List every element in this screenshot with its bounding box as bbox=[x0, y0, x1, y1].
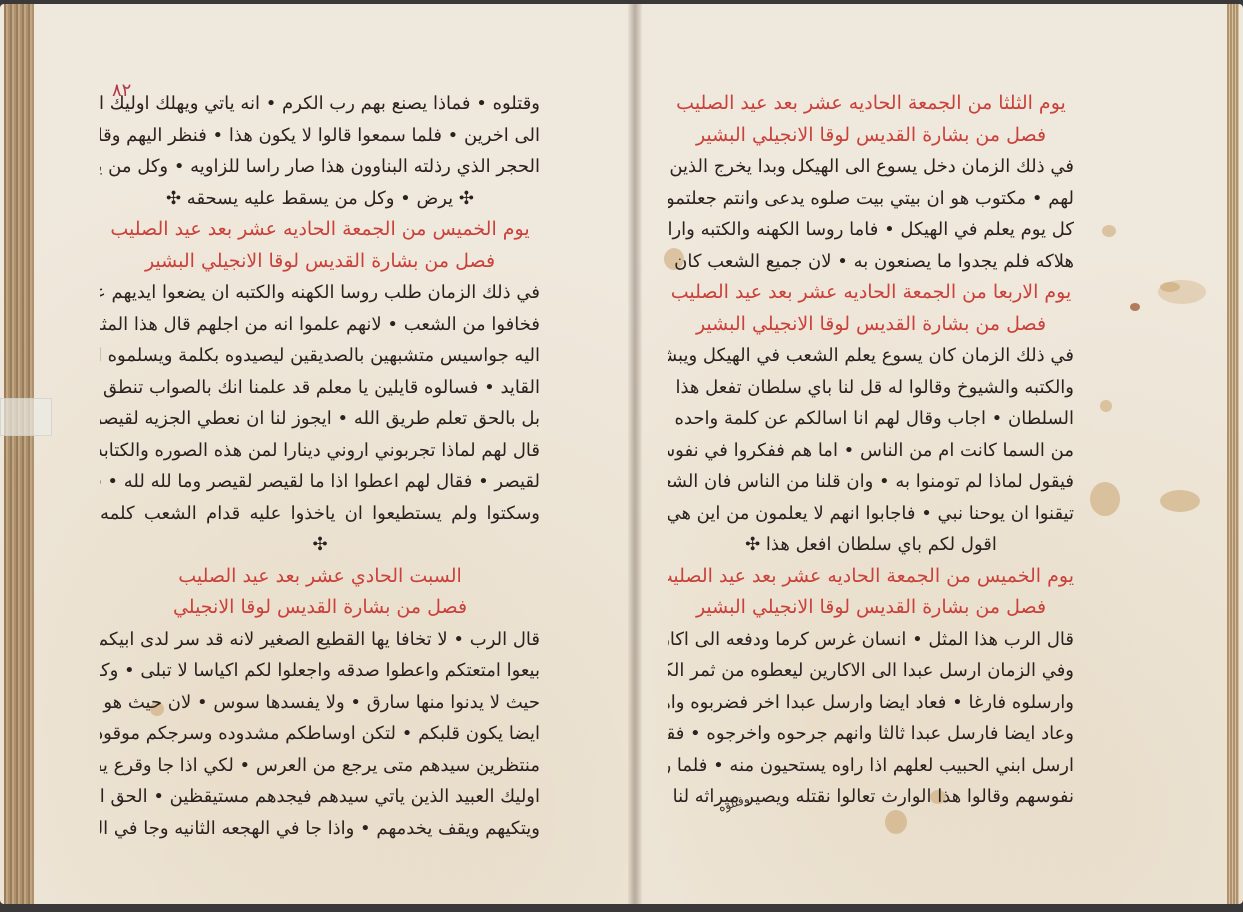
rubric-heading: يوم الخميس من الجمعة الحاديه عشر بعد عيد… bbox=[100, 214, 540, 246]
text-line: الى اخرين • فلما سمعوا قالوا لا يكون هذا… bbox=[100, 120, 540, 152]
open-manuscript: ٨٢ وقتلوه وقتلوه • فماذا يصنع بهم رب الك… bbox=[0, 0, 1243, 912]
stain bbox=[885, 810, 907, 834]
rubric-heading: يوم الثلثا من الجمعة الحاديه عشر بعد عيد… bbox=[668, 88, 1074, 120]
stain bbox=[1090, 482, 1120, 516]
text-line: كل يوم يعلم في الهيكل • فاما روسا الكهنه… bbox=[668, 214, 1074, 246]
text-line: اوليك العبيد الذين ياتي سيدهم فيجدهم مست… bbox=[100, 781, 540, 813]
text-line: ارسل ابني الحبيب لعلهم اذا راوه يستحيون … bbox=[668, 750, 1074, 782]
text-line: وقتلوه • فماذا يصنع بهم رب الكرم • انه ي… bbox=[100, 88, 540, 120]
text-line: لقيصر • فقال لهم اعطوا اذا ما لقيصر لقيص… bbox=[100, 466, 540, 498]
text-line: حيث لا يدنوا منها سارق • ولا يفسدها سوس … bbox=[100, 687, 540, 719]
stain bbox=[1160, 490, 1200, 512]
text-line: ايضا يكون قلبكم • لتكن اوساطكم مشدوده وس… bbox=[100, 718, 540, 750]
text-line: السلطان • اجاب وقال لهم انا اسالكم عن كل… bbox=[668, 403, 1074, 435]
text-line: فخافوا من الشعب • لانهم علموا انه من اجل… bbox=[100, 309, 540, 341]
text-line: فيقول لماذا لم تومنوا به • وان قلنا من ا… bbox=[668, 466, 1074, 498]
text-line: بل بالحق تعلم طريق الله • ايجوز لنا ان ن… bbox=[100, 403, 540, 435]
stain bbox=[1158, 280, 1206, 304]
left-page-text: وقتلوه • فماذا يصنع بهم رب الكرم • انه ي… bbox=[100, 88, 540, 844]
text-line: في ذلك الزمان طلب روسا الكهنه والكتبه ان… bbox=[100, 277, 540, 309]
rubric-heading: فصل من بشارة القديس لوقا الانجيلي البشير bbox=[668, 592, 1074, 624]
text-line: تيقنوا ان يوحنا نبي • فاجابوا انهم لا يع… bbox=[668, 498, 1074, 530]
left-page-edges bbox=[4, 4, 34, 904]
text-line: اقول لكم باي سلطان افعل هذا ✣ bbox=[668, 529, 1074, 561]
text-line: بيعوا امتعتكم واعطوا صدقه واجعلوا لكم اك… bbox=[100, 655, 540, 687]
text-line: القايد • فسالوه قايلين يا معلم قد علمنا … bbox=[100, 372, 540, 404]
text-line: قال الرب هذا المثل • انسان غرس كرما ودفع… bbox=[668, 624, 1074, 656]
right-page-edges bbox=[1227, 4, 1239, 904]
text-line: والكتبه والشيوخ وقالوا له قل لنا باي سلط… bbox=[668, 372, 1074, 404]
text-line: نفوسهم وقالوا هذا الوارث تعالوا نقتله وي… bbox=[668, 781, 1074, 813]
rubric-heading: فصل من بشارة القديس لوقا الانجيلي البشير bbox=[668, 309, 1074, 341]
text-line: وارسلوه فارغا • فعاد ايضا وارسل عبدا اخر… bbox=[668, 687, 1074, 719]
text-line: منتظرين سيدهم متى يرجع من العرس • لكي اذ… bbox=[100, 750, 540, 782]
text-line: ✣ bbox=[100, 529, 540, 561]
rubric-heading: فصل من بشارة القديس لوقا الانجيلي البشير bbox=[668, 120, 1074, 152]
text-line: في ذلك الزمان دخل يسوع الى الهيكل وبدا ي… bbox=[668, 151, 1074, 183]
text-line: قال لهم لماذا تجربوني اروني دينارا لمن ه… bbox=[100, 435, 540, 467]
rubric-heading: يوم الخميس من الجمعة الحاديه عشر بعد عيد… bbox=[668, 561, 1074, 593]
text-line: لهم • مكتوب هو ان بيتي بيت صلوه يدعى وان… bbox=[668, 183, 1074, 215]
text-line: وفي الزمان ارسل عبدا الى الاكارين ليعطوه… bbox=[668, 655, 1074, 687]
text-line: ✣ يرض • وكل من يسقط عليه يسحقه ✣ bbox=[100, 183, 540, 215]
rubric-heading: فصل من بشارة القديس لوقا الانجيلي البشير bbox=[100, 246, 540, 278]
text-line: الحجر الذي رذلته البناوون هذا صار راسا ل… bbox=[100, 151, 540, 183]
text-line: اليه جواسيس متشبهين بالصديقين ليصيدوه بك… bbox=[100, 340, 540, 372]
stain bbox=[1100, 400, 1112, 412]
rubric-heading: السبت الحادي عشر بعد عيد الصليب bbox=[100, 561, 540, 593]
text-line: وعاد ايضا فارسل عبدا ثالثا وانهم جرحوه و… bbox=[668, 718, 1074, 750]
text-line: في ذلك الزمان كان يسوع يعلم الشعب في اله… bbox=[668, 340, 1074, 372]
text-line: وسكتوا ولم يستطيعوا ان ياخذوا عليه قدام … bbox=[100, 498, 540, 530]
text-line: قال الرب • لا تخافا يها القطيع الصغير لا… bbox=[100, 624, 540, 656]
text-line: هلاكه فلم يجدوا ما يصنعون به • لان جميع … bbox=[668, 246, 1074, 278]
rubric-heading: فصل من بشارة القديس لوقا الانجيلي bbox=[100, 592, 540, 624]
repair-tape bbox=[0, 398, 52, 436]
stain bbox=[1130, 303, 1140, 311]
rubric-heading: يوم الاربعا من الجمعة الحاديه عشر بعد عي… bbox=[668, 277, 1074, 309]
stain bbox=[1102, 225, 1116, 237]
book-gutter bbox=[628, 4, 642, 904]
text-line: من السما كانت ام من الناس • اما هم ففكرو… bbox=[668, 435, 1074, 467]
text-line: ويتكيهم ويقف يخدمهم • واذا جا في الهجعه … bbox=[100, 813, 540, 845]
right-page-text: يوم الثلثا من الجمعة الحاديه عشر بعد عيد… bbox=[668, 88, 1074, 813]
